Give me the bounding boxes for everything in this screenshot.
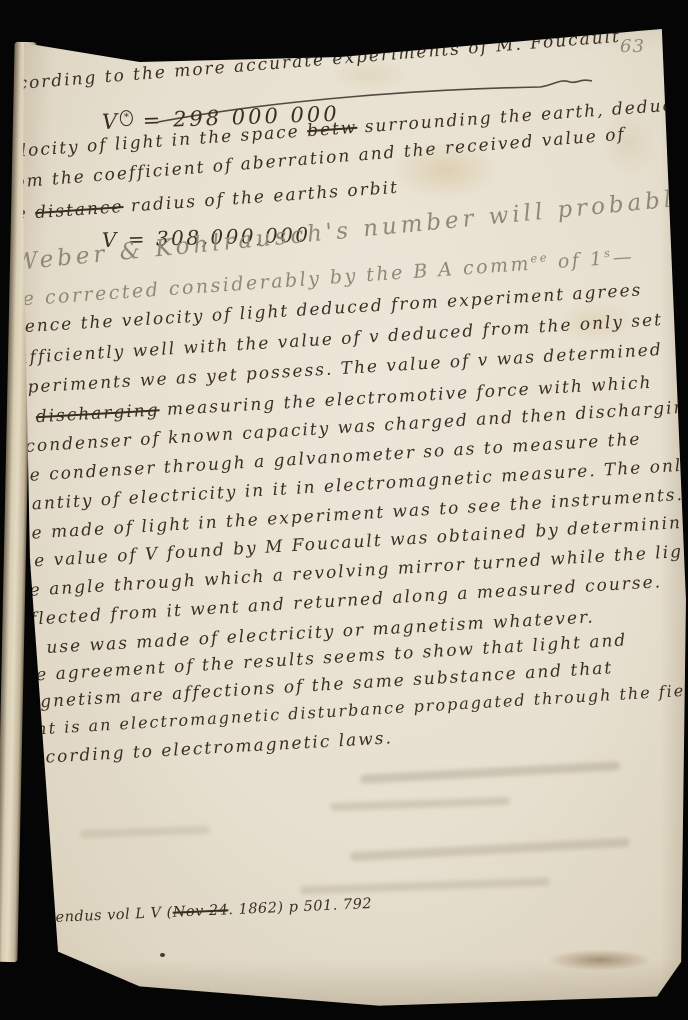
struck-word: betw [306, 118, 358, 141]
struck-word: distance [34, 197, 124, 223]
heading-text: according to the more [0, 57, 235, 96]
page-number: 63 [620, 36, 645, 57]
line-text: radius of the earths orbit [123, 178, 400, 217]
manuscript-page: 63 according to the more accurate experi… [0, 0, 688, 1020]
photo-of-manuscript-page: { "colors":{"background":"#050505","pape… [0, 0, 688, 1020]
asterisk-mark: * [120, 110, 134, 126]
formula-lhs: V [102, 109, 121, 134]
line-text: of 1 [549, 248, 606, 274]
footnote-reference: ptes Rendus vol L V (Nov 24. 1862) p 501… [6, 896, 373, 928]
line-text: surrounding the earth, deduced [357, 94, 688, 138]
bleed-through-mark [80, 826, 210, 839]
superscript: ee [530, 250, 549, 265]
edge-smudge [550, 950, 650, 970]
heading-underlined-text: accurate experiments of M. Foucault [233, 27, 621, 77]
line-text: — [612, 246, 635, 269]
manuscript-heading-line: according to the more accurate experimen… [0, 27, 622, 96]
struck-date: Nov 24 [172, 902, 228, 920]
line-text: . 1862) p 501. 792 [228, 896, 372, 918]
bleed-through-mark [300, 878, 550, 895]
line-text: ptes Rendus vol L V ( [6, 905, 173, 928]
bleed-through-mark [350, 838, 630, 862]
bleed-through-mark [330, 797, 510, 811]
bleed-through-mark [360, 761, 620, 784]
struck-word: discharging [35, 400, 160, 427]
ink-dot [160, 953, 165, 957]
